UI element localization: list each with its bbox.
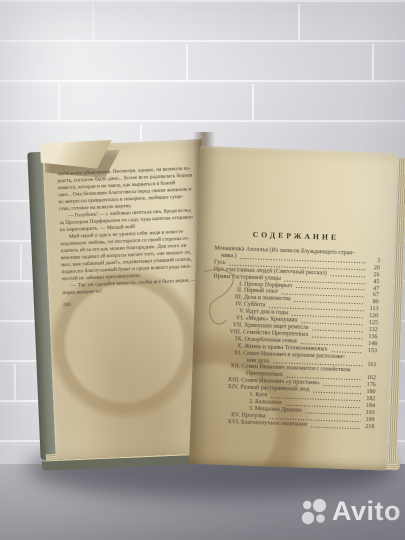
brick-joint [372,44,374,80]
toc-leader-dots [310,426,360,430]
brick-joint [186,44,188,80]
toc-entry-text: XVI. Благополучное окончание [227,419,307,429]
toc-entry-page: 153 [365,348,377,355]
toc-entry-page: 218 [362,423,374,430]
brick-joint [14,364,16,400]
hair-strand [195,262,250,338]
left-page-text: часть и его объяснения. Несмотря, однако… [57,165,201,309]
brick-joint [20,244,22,280]
brick-joint [92,4,94,40]
brick-joint [58,84,60,120]
left-page: часть и его объяснения. Несмотря, однако… [42,139,216,460]
toc-entry-page: 161 [364,361,376,368]
brick-joint [252,84,254,120]
left-page-number: 246 [63,296,201,309]
avito-watermark: Avito [301,498,401,525]
avito-logo-icon [301,498,328,525]
brick-joint [298,4,300,40]
toc-heading: СОДЕРЖАНИЕ [211,228,381,243]
photo-scene: часть и его объяснения. Несмотря, однако… [0,0,405,540]
avito-wordmark: Avito [332,498,401,525]
right-page: СОДЕРЖАНИЕ Монашенка Аполлья (Из записок… [189,146,398,471]
